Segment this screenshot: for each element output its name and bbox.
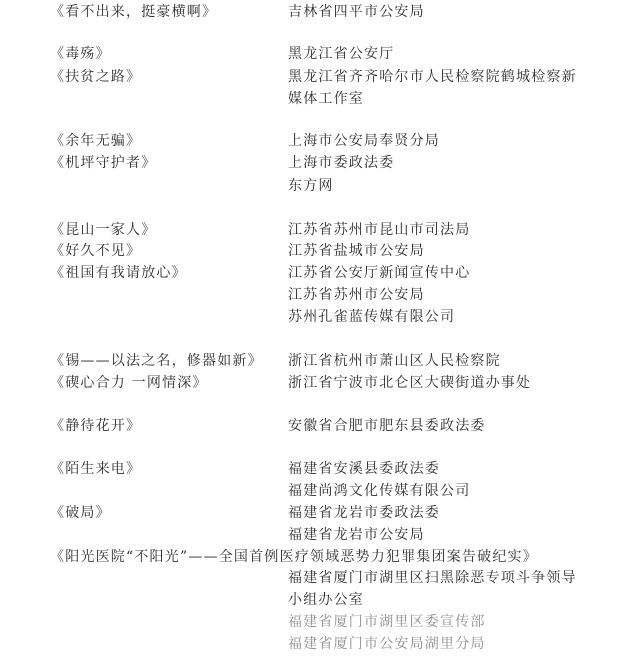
- work-title: 《扶贫之路》: [50, 68, 141, 86]
- organization: 江苏省苏州市公安局: [288, 286, 425, 304]
- organization: 浙江省宁波市北仑区大碶街道办事处: [288, 374, 531, 392]
- work-title: 《破局》: [50, 504, 111, 522]
- work-title: 《好久不见》: [50, 242, 141, 260]
- organization: 苏州孔雀蓝传媒有限公司: [288, 308, 455, 326]
- organization: 江苏省公安厅新闻宣传中心: [288, 264, 470, 282]
- work-title: 《毒殇》: [50, 45, 111, 63]
- organization: 福建尚鸿文化传媒有限公司: [288, 482, 470, 500]
- work-title: 《阳光医院“不阳光”——全国首例医疗领域恶势力犯罪集团案告破纪实》: [50, 548, 538, 566]
- work-title: 《机坪守护者》: [50, 154, 156, 172]
- work-title: 《昆山一家人》: [50, 221, 156, 239]
- organization: 福建省龙岩市委政法委: [288, 504, 440, 522]
- work-title: 《碶心合力 一网情深》: [50, 374, 208, 392]
- organization: 福建省厦门市湖里区扫黑除恶专项斗争领导: [288, 569, 577, 587]
- work-title: 《陌生来电》: [50, 460, 141, 478]
- work-title: 《静待花开》: [50, 417, 141, 435]
- work-title: 《余年无骗》: [50, 132, 141, 150]
- work-title: 《祖国有我请放心》: [50, 264, 187, 282]
- organization: 福建省龙岩市公安局: [288, 526, 425, 544]
- organization: 福建省厦门市公安局湖里分局: [288, 635, 486, 653]
- organization: 江苏省苏州市昆山市司法局: [288, 221, 470, 239]
- organization: 媒体工作室: [288, 90, 364, 108]
- work-title: 《看不出来，挺豪横啊》: [50, 3, 217, 21]
- organization: 黑龙江省公安厅: [288, 45, 394, 63]
- organization: 上海市委政法委: [288, 154, 394, 172]
- organization: 上海市公安局奉贤分局: [288, 132, 440, 150]
- organization: 吉林省四平市公安局: [288, 3, 425, 21]
- work-title: 《锡——以法之名，修器如新》: [50, 352, 263, 370]
- organization: 浙江省杭州市萧山区人民检察院: [288, 352, 501, 370]
- organization: 江苏省盐城市公安局: [288, 242, 425, 260]
- organization: 福建省厦门市湖里区委宣传部: [288, 613, 486, 631]
- organization: 小组办公室: [288, 591, 364, 609]
- organization: 黑龙江省齐齐哈尔市人民检察院鹤城检察新: [288, 68, 577, 86]
- organization: 福建省安溪县委政法委: [288, 460, 440, 478]
- organization: 东方网: [288, 177, 334, 195]
- organization: 安徽省合肥市肥东县委政法委: [288, 417, 486, 435]
